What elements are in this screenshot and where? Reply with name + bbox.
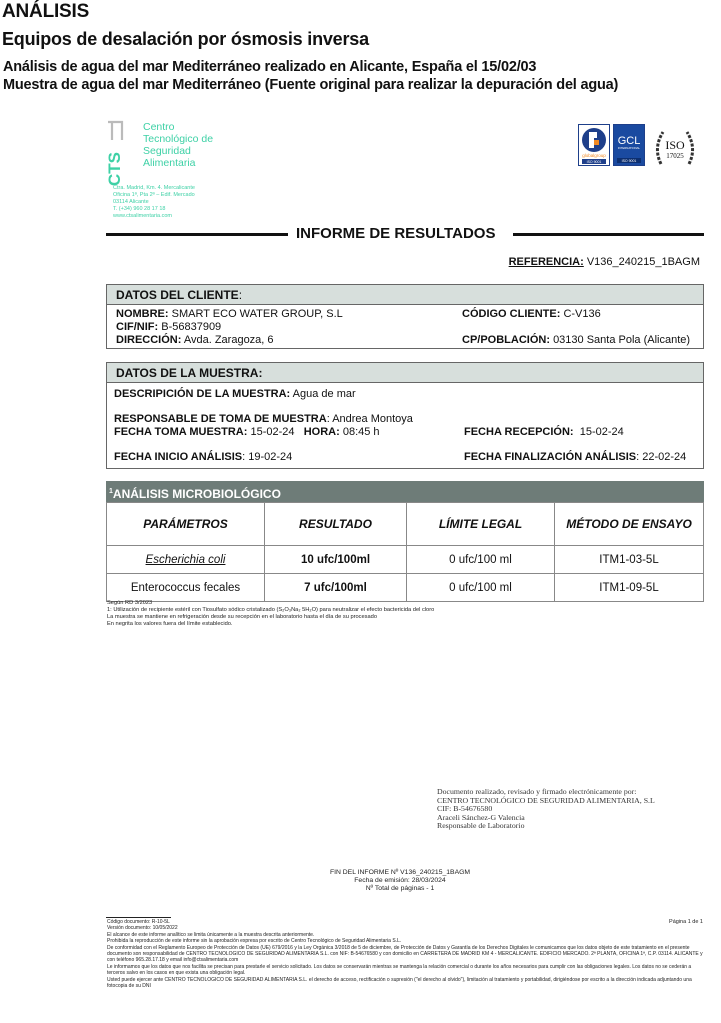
client-cif-value: B-56837909 [161, 321, 221, 333]
collection-time-label: HORA: [304, 426, 340, 438]
title-rule-left [106, 233, 288, 236]
client-code-label: CÓDIGO CLIENTE: [462, 308, 560, 320]
collection-time-value: 08:45 h [343, 426, 380, 438]
reception-date-label: FECHA RECEPCIÓN: [464, 426, 574, 438]
client-cp-label: CP/POBLACIÓN: [462, 334, 550, 346]
footer-line: Le informamos que los datos que nos faci… [107, 964, 707, 977]
parameter-cell: Escherichia coli [107, 546, 265, 574]
lab-logo: CTS Centro Tecnológico de Seguridad Alim… [106, 120, 266, 220]
client-address-label: DIRECCIÓN: [116, 334, 181, 346]
svg-text:17025: 17025 [666, 152, 684, 160]
sample-data-section: DATOS DE LA MUESTRA: DESCRIPICIÓN DE LA … [106, 362, 704, 469]
sample-section-title: DATOS DE LA MUESTRA: [107, 363, 703, 383]
title-rule-right [513, 233, 704, 236]
lab-name-line: Tecnológico de [143, 133, 213, 145]
sample-collection-date: FECHA TOMA MUESTRA: 15-02-24 HORA: 08:45… [114, 426, 380, 438]
client-data-section: DATOS DEL CLIENTE: NOMBRE: SMART ECO WAT… [106, 284, 704, 349]
table-header-row: PARÁMETROS RESULTADO LÍMITE LEGAL MÉTODO… [107, 503, 704, 546]
lab-address: Ctra. Madrid, Km. 4. Mercalicante Oficin… [113, 185, 195, 220]
client-cp: CP/POBLACIÓN: 03130 Santa Pola (Alicante… [462, 334, 690, 346]
note-line: En negrita los valores fuera del límite … [107, 621, 434, 628]
end-of-report: FIN DEL INFORME Nº V136_240215_1BAGM Fec… [300, 869, 500, 893]
analysis-start-label: FECHA INICIO ANÁLISIS [114, 451, 242, 463]
address-line: 03114 Alicante [113, 199, 195, 206]
footer-line: De conformidad con el Reglamento Europeo… [107, 945, 707, 964]
svg-text:ISO 9001: ISO 9001 [587, 160, 602, 164]
sample-description-value: Agua de mar [293, 388, 356, 400]
analysis-start-date: FECHA INICIO ANÁLISIS: 19-02-24 [114, 451, 292, 463]
col-limite-legal: LÍMITE LEGAL [407, 503, 555, 546]
note-line: 1: Utilización de recipiente estéril con… [107, 607, 434, 614]
sample-description-label: DESCRIPICIÓN DE LA MUESTRA: [114, 388, 290, 400]
sample-reception-date: FECHA RECEPCIÓN: 15-02-24 [464, 426, 624, 438]
limit-cell: 0 ufc/100 ml [407, 574, 555, 602]
col-parametros: PARÁMETROS [107, 503, 265, 546]
col-metodo: MÉTODO DE ENSAYO [555, 503, 704, 546]
client-section-title-suffix: : [239, 288, 242, 302]
collection-date-label: FECHA TOMA MUESTRA: [114, 426, 247, 438]
lab-name: Centro Tecnológico de Seguridad Alimenta… [143, 121, 213, 169]
client-name-label: NOMBRE: [116, 308, 169, 320]
micro-title-text: ANÁLISIS MICROBIOLÓGICO [113, 487, 281, 501]
svg-text:INTERNATIONAL: INTERNATIONAL [618, 146, 641, 150]
lab-name-line: Centro [143, 121, 213, 133]
analysis-description: Análisis de agua del mar Mediterráneo re… [3, 59, 536, 75]
sample-description: DESCRIPICIÓN DE LA MUESTRA: Agua de mar [114, 388, 356, 400]
method-cell: ITM1-09-5L [555, 574, 704, 602]
result-cell: 10 ufc/100ml [265, 546, 407, 574]
table-notes: Según RD 3/2023 1: Utilización de recipi… [107, 600, 434, 628]
table-row: Escherichia coli 10 ufc/100ml 0 ufc/100 … [107, 546, 704, 574]
lab-name-line: Seguridad [143, 145, 213, 157]
footer-rule [106, 917, 171, 918]
method-cell: ITM1-03-5L [555, 546, 704, 574]
address-line: Ctra. Madrid, Km. 4. Mercalicante [113, 185, 195, 192]
client-code: CÓDIGO CLIENTE: C-V136 [462, 308, 601, 320]
address-line: Oficina 1ª, Pta 2ª – Edif. Mercado [113, 192, 195, 199]
parameter-cell: Enterococcus fecales [107, 574, 265, 602]
results-table: PARÁMETROS RESULTADO LÍMITE LEGAL MÉTODO… [106, 502, 704, 602]
lab-website: www.ctsalimentaria.com [113, 213, 195, 220]
reference-label: REFERENCIA: [509, 256, 584, 268]
microbiological-analysis: 1ANÁLISIS MICROBIOLÓGICO PARÁMETROS RESU… [106, 481, 704, 602]
analysis-end-label: FECHA FINALIZACIÓN ANÁLISIS [464, 451, 636, 463]
client-address: DIRECCIÓN: Avda. Zaragoza, 6 [116, 334, 274, 346]
client-name-value: SMART ECO WATER GROUP, S.L [172, 308, 343, 320]
report-reference: REFERENCIA: V136_240215_1BAGM [509, 256, 700, 268]
iso-17025-laurel-icon: ISO 17025 [651, 124, 699, 170]
sample-responsible-value: : Andrea Montoya [327, 413, 413, 425]
limit-cell: 0 ufc/100 ml [407, 546, 555, 574]
note-line: Según RD 3/2023 [107, 600, 434, 607]
svg-text:ISO: ISO [665, 138, 685, 152]
gcl-iso9001-badge: GCL INTERNATIONAL ISO 9001 [613, 124, 645, 166]
page-title: ANÁLISIS [2, 1, 89, 23]
certification-logos: globalgroup ISO 9001 GCL INTERNATIONAL I… [578, 124, 702, 170]
signature-role: Responsable de Laboratorio [437, 822, 655, 831]
issue-date: Fecha de emisión: 28/03/2024 [300, 877, 500, 885]
svg-text:globalgroup: globalgroup [582, 153, 606, 158]
client-cp-value: 03130 Santa Pola (Alicante) [553, 334, 690, 346]
client-section-title: DATOS DEL CLIENTE: [107, 285, 703, 305]
footer-line: Usted puede ejercer ante CENTRO TECNOLOG… [107, 977, 707, 990]
client-code-value: C-V136 [563, 308, 600, 320]
table-row: Enterococcus fecales 7 ufc/100ml 0 ufc/1… [107, 574, 704, 602]
globalgroup-icon: globalgroup ISO 9001 [579, 125, 609, 165]
micro-section-title: 1ANÁLISIS MICROBIOLÓGICO [106, 481, 704, 502]
svg-text:ISO 9001: ISO 9001 [622, 159, 637, 163]
total-pages: Nº Total de páginas - 1 [300, 885, 500, 893]
analysis-end-date: FECHA FINALIZACIÓN ANÁLISIS: 22-02-24 [464, 451, 686, 463]
globalgroup-iso9001-badge: globalgroup ISO 9001 [578, 124, 610, 166]
client-cif-label: CIF/NIF: [116, 321, 158, 333]
cts-logo-icon: CTS [106, 120, 126, 188]
note-line: La muestra se mantiene en refrigeración … [107, 614, 434, 621]
sample-responsible: RESPONSABLE DE TOMA DE MUESTRA: Andrea M… [114, 413, 413, 425]
col-resultado: RESULTADO [265, 503, 407, 546]
lab-name-line: Alimentaria [143, 157, 213, 169]
signature-block: Documento realizado, revisado y firmado … [437, 788, 655, 831]
sample-responsible-label: RESPONSABLE DE TOMA DE MUESTRA [114, 413, 327, 425]
legal-footer: Código documento: R-10-5L Versión docume… [107, 919, 707, 989]
sample-description: Muestra de agua del mar Mediterráneo (Fu… [3, 77, 618, 93]
svg-text:CTS: CTS [106, 152, 124, 186]
analysis-start-value: : 19-02-24 [242, 451, 292, 463]
client-cif: CIF/NIF: B-56837909 [116, 321, 221, 333]
gcl-icon: GCL INTERNATIONAL ISO 9001 [614, 125, 644, 165]
reference-value: V136_240215_1BAGM [587, 256, 700, 268]
client-address-value: Avda. Zaragoza, 6 [184, 334, 274, 346]
address-line: T. (+34) 960 28 17 18 [113, 206, 195, 213]
result-cell: 7 ufc/100ml [265, 574, 407, 602]
collection-date-value: 15-02-24 [250, 426, 294, 438]
end-report-number: FIN DEL INFORME Nº V136_240215_1BAGM [300, 869, 500, 877]
page-subtitle: Equipos de desalación por ósmosis invers… [2, 29, 369, 50]
report-title: INFORME DE RESULTADOS [296, 225, 495, 242]
analysis-end-value: : 22-02-24 [636, 451, 686, 463]
reception-date-value: 15-02-24 [580, 426, 624, 438]
client-section-title-text: DATOS DEL CLIENTE [116, 288, 239, 302]
client-name: NOMBRE: SMART ECO WATER GROUP, S.L [116, 308, 343, 320]
